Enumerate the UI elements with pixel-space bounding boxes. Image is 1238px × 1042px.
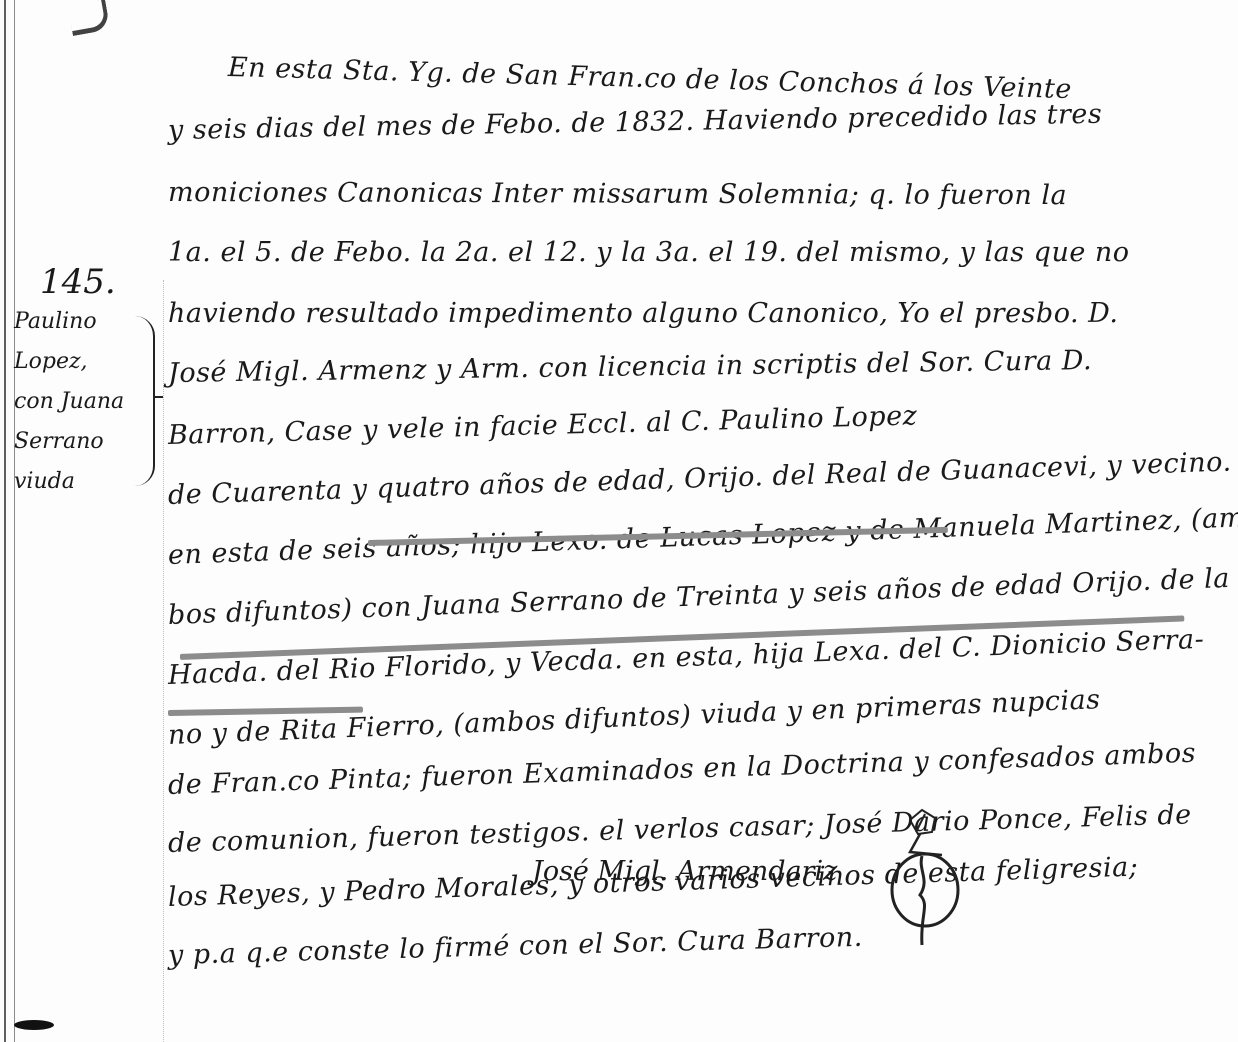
text-line: y p.a q.e conste lo firmé con el Sor. Cu… (168, 922, 864, 971)
text-line: En esta Sta. Yg. de San Fran.co de los C… (228, 52, 1073, 105)
text-line: José Migl. Armenz y Arm. con licencia in… (168, 345, 1093, 389)
margin-line: Lopez, (14, 342, 149, 382)
ink-flourish-mark (68, 0, 111, 36)
binding-edge-line (14, 0, 15, 1042)
signature-rubric-icon (880, 800, 970, 950)
margin-line: Serrano (14, 422, 149, 462)
text-line: no y de Rita Fierro, (ambos difuntos) vi… (167, 684, 1101, 751)
margin-line: viuda (14, 462, 149, 502)
margin-line: con Juana (14, 382, 149, 422)
ink-blot (14, 1020, 54, 1030)
curly-brace (135, 316, 155, 486)
text-line: y seis dias del mes de Febo. de 1832. Ha… (168, 99, 1103, 146)
margin-note: 145. Paulino Lopez, con Juana Serrano vi… (14, 262, 149, 502)
text-line: moniciones Canonicas Inter missarum Sole… (168, 177, 1067, 211)
margin-line: Paulino (14, 302, 149, 342)
manuscript-page: 145. Paulino Lopez, con Juana Serrano vi… (0, 0, 1238, 1042)
signature-name: José Migl. Armendariz (532, 856, 837, 887)
binding-edge-line (4, 0, 6, 1042)
text-line: Barron, Case y vele in facie Eccl. al C.… (168, 400, 918, 451)
text-line: 1a. el 5. de Febo. la 2a. el 12. y la 3a… (168, 237, 1130, 268)
text-line: haviendo resultado impedimento alguno Ca… (168, 298, 1118, 329)
text-line: de Cuarenta y quatro años de edad, Orijo… (168, 447, 1232, 511)
text-line: de Fran.co Pinta; fueron Examinados en l… (168, 738, 1197, 801)
entry-number: 145. (40, 262, 149, 302)
margin-rule (163, 280, 164, 1042)
text-line: de comunion, fueron testigos. el verlos … (168, 799, 1192, 859)
